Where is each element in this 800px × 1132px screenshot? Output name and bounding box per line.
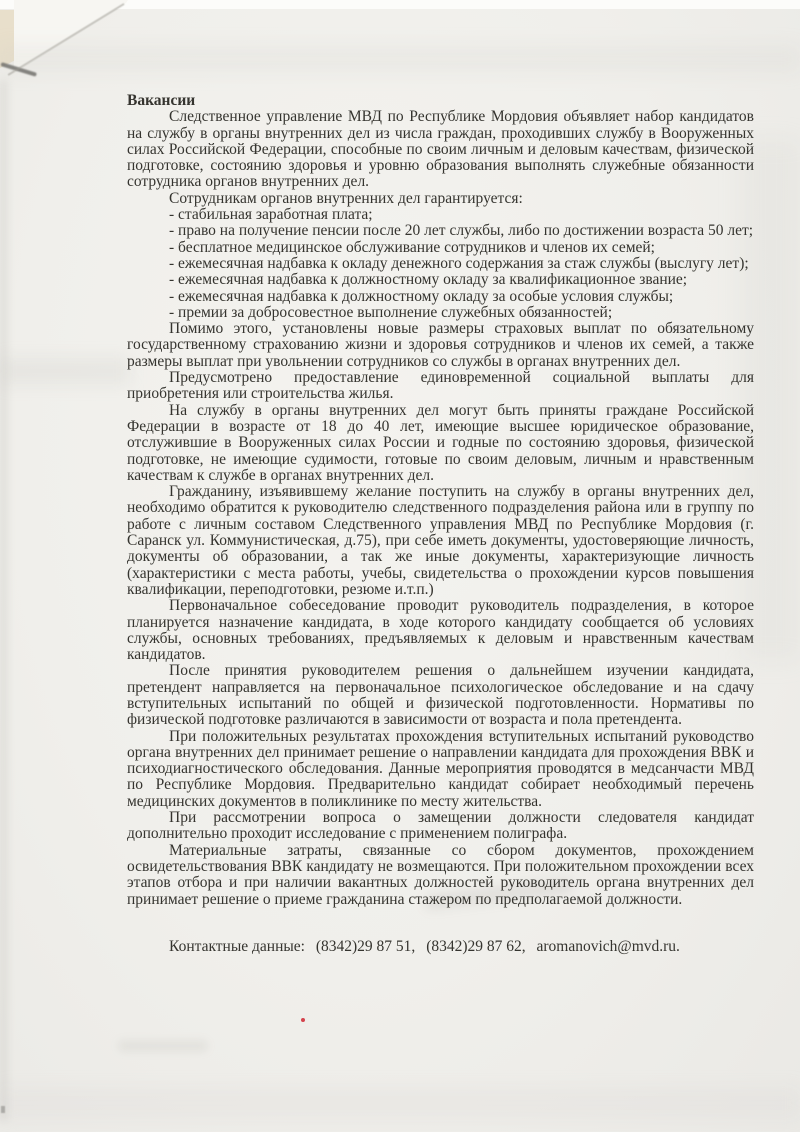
folded-corner-sheet: [0, 0, 140, 90]
document-text-column: Вакансии Следственное управление МВД по …: [127, 93, 754, 955]
paragraph-polygraph: При рассмотрении вопроса о замещении дол…: [127, 810, 754, 843]
benefit-allowance-qualification: - ежемесячная надбавка к должностному ок…: [127, 272, 754, 288]
paragraph-insurance: Помимо этого, установлены новые размеры …: [127, 321, 754, 370]
benefit-salary: - стабильная заработная плата;: [127, 207, 754, 223]
benefit-allowance-special: - ежемесячная надбавка к должностному ок…: [127, 289, 754, 305]
paragraph-housing: Предусмотрено предоставление единовремен…: [127, 370, 754, 403]
wrinkle-shadow-middle: [0, 358, 130, 384]
page-left-edge-shadow: [0, 80, 7, 1120]
contact-line: Контактные данные: (8342)29 87 51, (8342…: [127, 939, 754, 955]
contact-phone-1: (8342)29 87 51,: [316, 938, 415, 955]
red-ink-dot: [301, 1018, 305, 1022]
paragraph-intro: Следственное управление МВД по Республик…: [127, 109, 754, 190]
benefit-medical: - бесплатное медицинское обслуживание со…: [127, 240, 754, 256]
document-title: Вакансии: [127, 93, 754, 109]
contact-phone-2: (8342)29 87 62,: [426, 938, 525, 955]
paragraph-interview: Первоначальное собеседование проводит ру…: [127, 598, 754, 663]
paragraph-costs: Материальные затраты, связанные со сборо…: [127, 843, 754, 908]
paragraph-requirements: На службу в органы внутренних дел могут …: [127, 403, 754, 484]
benefit-allowance-service: - ежемесячная надбавка к окладу денежног…: [127, 256, 754, 272]
wrinkle-shadow-bottom: [0, 1088, 800, 1118]
benefit-bonus: - премии за добросовестное выполнение сл…: [127, 305, 754, 321]
scanned-document-page: Вакансии Следственное управление МВД по …: [0, 0, 800, 1132]
paragraph-application: Гражданину, изъявившему желание поступит…: [127, 484, 754, 598]
guarantees-header: Сотрудникам органов внутренних дел гаран…: [127, 191, 754, 207]
contact-email: aromanovich@mvd.ru.: [537, 938, 680, 955]
faint-ghost-text: [118, 1040, 208, 1052]
benefit-pension: - право на получение пенсии после 20 лет…: [127, 223, 754, 239]
bottom-left-scan-mark: [1, 1106, 5, 1113]
contact-label: Контактные данные:: [169, 938, 305, 955]
paragraph-psych-testing: После принятия руководителем решения о д…: [127, 663, 754, 728]
page-corner-fold: [0, 0, 140, 90]
paragraph-vvk: При положительных результатах прохождени…: [127, 729, 754, 810]
